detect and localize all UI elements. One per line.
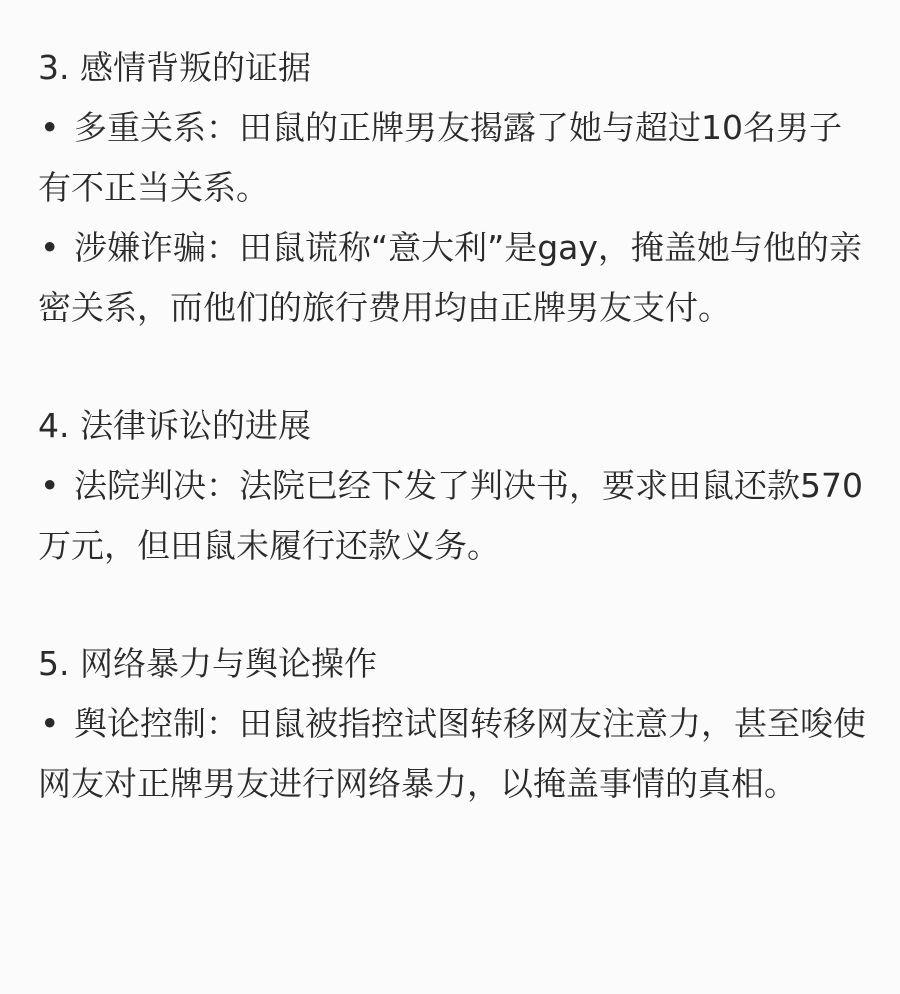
bullet-separator: ： (206, 228, 239, 267)
bullet-dot-icon: • (38, 218, 74, 278)
bullet-label: 涉嫌诈骗 (74, 228, 206, 267)
section-heading: 3. 感情背叛的证据 (38, 38, 870, 98)
document-page: 3. 感情背叛的证据 •多重关系：田鼠的正牌男友揭露了她与超过10名男子有不正当… (0, 0, 900, 994)
section-online-violence: 5. 网络暴力与舆论操作 •舆论控制：田鼠被指控试图转移网友注意力，甚至唆使网友… (38, 634, 870, 814)
bullet-separator: ： (206, 466, 239, 505)
bullet-label: 舆论控制 (74, 704, 206, 743)
bullet-item: •多重关系：田鼠的正牌男友揭露了她与超过10名男子有不正当关系。 (38, 98, 868, 218)
bullet-label: 多重关系 (74, 108, 206, 147)
section-legal-progress: 4. 法律诉讼的进展 •法院判决：法院已经下发了判决书，要求田鼠还款570万元，… (38, 396, 870, 576)
bullet-item: •法院判决：法院已经下发了判决书，要求田鼠还款570万元，但田鼠未履行还款义务。 (38, 456, 868, 576)
bullet-separator: ： (206, 704, 239, 743)
section-evidence-of-betrayal: 3. 感情背叛的证据 •多重关系：田鼠的正牌男友揭露了她与超过10名男子有不正当… (38, 38, 870, 338)
section-heading: 5. 网络暴力与舆论操作 (38, 634, 870, 694)
section-heading: 4. 法律诉讼的进展 (38, 396, 870, 456)
bullet-item: •舆论控制：田鼠被指控试图转移网友注意力，甚至唆使网友对正牌男友进行网络暴力，以… (38, 694, 868, 814)
bullet-label: 法院判决 (74, 466, 206, 505)
bullet-separator: ： (206, 108, 239, 147)
bullet-dot-icon: • (38, 456, 74, 516)
bullet-dot-icon: • (38, 98, 74, 158)
bullet-item: •涉嫌诈骗：田鼠谎称“意大利”是gay，掩盖她与他的亲密关系，而他们的旅行费用均… (38, 218, 868, 338)
bullet-dot-icon: • (38, 694, 74, 754)
